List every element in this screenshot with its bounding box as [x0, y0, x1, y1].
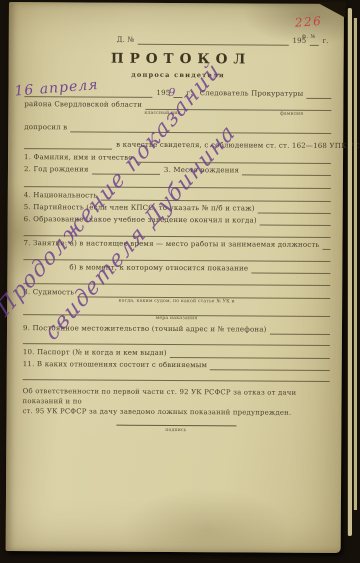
interrogated-at-label: допросил в — [24, 123, 67, 132]
fill-line — [100, 192, 331, 202]
case-number-label: Д. № — [117, 36, 135, 45]
fill-line — [270, 326, 331, 335]
blank-ruled-line — [23, 371, 330, 382]
investigator-label: Следователь Прокуратуры — [200, 89, 304, 99]
fill-line — [210, 361, 330, 371]
liability-warning-line2: ст. 95 УК РСФСР за дачу заведомо ложных … — [22, 406, 329, 418]
protocol-form: Д. № 195 г. ПРОТОКОЛ допроса свидетеля 1… — [6, 2, 344, 435]
stacked-sheet-edge — [347, 8, 352, 536]
signature-caption: подпись — [116, 428, 236, 435]
fill-line — [137, 36, 288, 46]
fill-line — [260, 217, 331, 226]
fill-line — [306, 90, 331, 99]
field-row-11: 11. В каких отношениях состоит с обвиняе… — [23, 360, 330, 371]
fill-line — [70, 123, 331, 134]
fill-line — [23, 275, 330, 286]
field-label: 10. Паспорт (№ и когда и кем выдан) — [23, 348, 167, 358]
field-label: 5. Партийность (если член КПСС, то указа… — [24, 203, 255, 213]
caption-surname: фамилия — [280, 112, 303, 118]
field-row-7b: б) в момент, к которому относится показа… — [23, 263, 330, 274]
district-label: района Свердловской области — [24, 100, 142, 110]
fill-line — [251, 264, 330, 273]
signature-block: подпись — [116, 425, 236, 435]
fill-line — [24, 140, 112, 150]
liability-warning: Об ответственности по первой части ст. 9… — [22, 386, 329, 418]
field-row-1: 1. Фамилия, имя и отчество — [24, 153, 331, 164]
fill-line — [242, 166, 331, 176]
fill-line — [258, 205, 331, 214]
fill-line — [170, 349, 330, 359]
blank-ruled-line — [23, 335, 330, 346]
fill-line — [23, 371, 330, 382]
field-row-10: 10. Паспорт (№ и когда и кем выдан) — [23, 348, 330, 359]
witness-clause-row: в качестве свидетеля, с соблюдением ст. … — [24, 140, 331, 151]
fill-line — [309, 37, 318, 46]
case-year-label: 195 — [292, 37, 306, 46]
stacked-sheet-edge — [353, 18, 357, 510]
protocol-title: ПРОТОКОЛ — [25, 50, 332, 68]
fill-line — [322, 241, 330, 250]
fill-line — [23, 335, 330, 346]
case-number-row: Д. № 195 г. — [25, 35, 332, 46]
fill-line — [77, 288, 330, 299]
blank-ruled-line — [23, 275, 330, 286]
field-label: 2. Год рождения — [24, 165, 89, 174]
case-year-suffix: г. — [322, 37, 328, 46]
fill-line — [136, 154, 331, 164]
field-label: 11. В каких отношениях состоит с обвиняе… — [23, 360, 207, 370]
liability-warning-line1: Об ответственности по первой части ст. 9… — [23, 386, 330, 408]
document-page: 226 ф. № Д. № 195 г. ПРОТОКОЛ допроса св… — [6, 2, 344, 553]
